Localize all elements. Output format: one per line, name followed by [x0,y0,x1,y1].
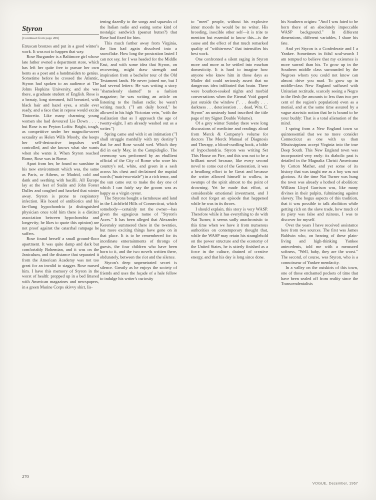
magazine-credit: VOGUE, December, 1967 [281,481,358,486]
page-number: 270 [22,474,29,479]
article-paragraph: In a valley on the outskirts of this tow… [281,265,358,286]
article-paragraph: Apart from her, he found no sunshine in … [22,161,99,236]
article-paragraph: Rose found herself a small ground-floor … [22,236,99,290]
article-paragraph: Rose Burgunder is a Baltimore girl whose… [22,54,99,161]
article-paragraph: his Southern origins: "And I was fated t… [281,19,358,46]
article-title: Styron [22,25,99,33]
article-paragraph: to "meet" people, without his explosive … [191,19,268,56]
article-paragraph: I should explain, this story is very WAS… [191,206,268,260]
text-column-3: to "meet" people, without his explosive … [191,19,268,260]
text-column-4: his Southern origins: "And I was fated t… [281,19,358,287]
article-paragraph: The Styrons bought a farmhouse and land … [100,196,177,260]
article-paragraph: One confronted a silent raging in Styron… [191,56,268,120]
title-rule [22,34,99,35]
text-column-2: tening dazedly to the songs and squawks … [100,19,177,281]
article-paragraph: I spring from a New England town so quin… [281,126,358,222]
article-paragraph: tening dazedly to the songs and squawks … [100,19,177,40]
column-paragraphs: Etruscan bronzes and put in a good winte… [22,44,99,290]
continued-from-note: (Continued from page 269) [22,36,99,41]
text-column-1: Styron (Continued from page 269) Etrusca… [22,25,99,290]
column-paragraphs: tening dazedly to the songs and squawks … [100,19,177,281]
article-paragraph: This much farther away from Virginia, th… [100,40,177,131]
article-paragraph: Over the years I have received assistanc… [281,222,358,265]
column-paragraphs: to "meet" people, without his explosive … [191,19,268,260]
article-paragraph: Styron's deep unpenetrated secret is sil… [100,260,177,281]
article-paragraph: Spring came and with it an intimation ("… [100,131,177,195]
article-paragraph: Of a grey winter Sunday there were long … [191,121,268,207]
article-paragraph: Etruscan bronzes and put in a good winte… [22,44,99,55]
magazine-page: Styron (Continued from page 269) Etrusca… [0,0,376,500]
article-paragraph: And yet Styron is a Confederate and I a … [281,46,358,126]
page-content: Styron (Continued from page 269) Etrusca… [0,0,376,500]
column-paragraphs: his Southern origins: "And I was fated t… [281,19,358,287]
